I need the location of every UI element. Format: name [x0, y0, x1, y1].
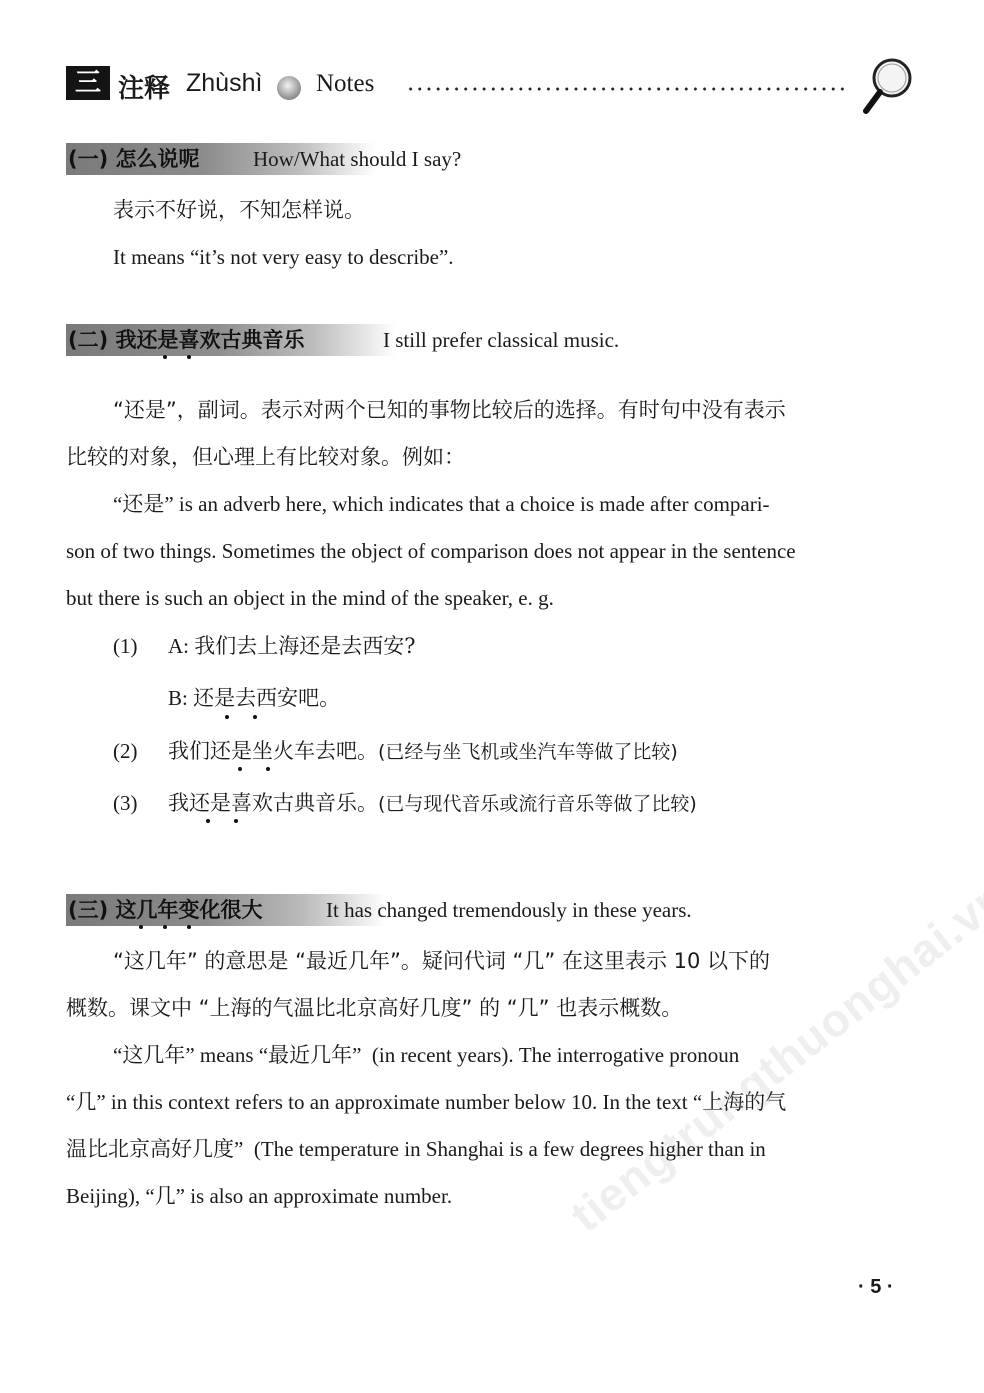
example-text: 我们去上海还是去西安? [194, 634, 415, 658]
section-2-banner: (二) 我还是喜欢古典音乐 I still prefer classical m… [66, 324, 706, 356]
header-title-pinyin: Zhùshì [186, 69, 262, 98]
example-number: (1) [113, 632, 168, 660]
section-number-badge: 三 [66, 66, 110, 100]
textbook-page: 三 注释 Zhùshì Notes (一) 怎么说呢 How/What shou… [0, 0, 984, 1393]
emphasis-dots [163, 355, 203, 361]
speaker-label: B: [168, 686, 188, 710]
section-3-title: 这几年变化很大 [116, 898, 263, 922]
example-text: 我还是喜欢古典音乐。 [168, 791, 378, 815]
section-3-title-en: It has changed tremendously in these yea… [326, 896, 692, 924]
section-3-title-cn: (三) 这几年变化很大 [68, 896, 263, 924]
section-2-paragraph-en-line-1: “还是” is an adverb here, which indicates … [113, 490, 918, 518]
section-3-paragraph-cn-line-2: 概数。课文中 “上海的气温比北京高好几度” 的 “几” 也表示概数。 [66, 994, 682, 1022]
section-2-title-cn: (二) 我还是喜欢古典音乐 [68, 326, 305, 354]
speaker-label: A: [168, 634, 189, 658]
section-2-label: (二) [68, 328, 108, 352]
example-2: (2)我们还是坐火车去吧。(已经与坐飞机或坐汽车等做了比较) [113, 737, 678, 766]
example-1a: (1)A: 我们去上海还是去西安? [113, 632, 416, 660]
example-number: (3) [113, 789, 168, 817]
section-2-paragraph-en-line-3: but there is such an object in the mind … [66, 584, 554, 612]
section-3-paragraph-en-line-1: “这几年” means “最近几年” (in recent years). Th… [113, 1041, 739, 1069]
section-1-label: (一) [68, 147, 108, 171]
example-number: (2) [113, 737, 168, 765]
example-1b: B: 还是去西安吧。 [168, 684, 340, 712]
section-1-title-cn: (一) 怎么说呢 [68, 145, 200, 173]
section-3-paragraph-en-line-4: Beijing), “几” is also an approximate num… [66, 1182, 452, 1210]
example-text: 还是去西安吧。 [193, 686, 340, 710]
example-text: 我们还是坐火车去吧。 [168, 739, 378, 763]
section-1-paragraph-cn: 表示不好说，不知怎样说。 [113, 196, 365, 224]
dotted-leader [406, 87, 844, 91]
header-title-en: Notes [316, 70, 374, 98]
section-3-paragraph-cn-line-1: “这几年” 的意思是 “最近几年”。疑问代词 “几” 在这里表示 10 以下的 [113, 947, 770, 975]
section-2-paragraph-cn-line-2: 比较的对象，但心理上有比较对象。例如： [66, 443, 465, 471]
section-2-title: 我还是喜欢古典音乐 [116, 328, 305, 352]
section-1-banner: (一) 怎么说呢 How/What should I say? [66, 143, 536, 175]
section-3-label: (三) [68, 898, 108, 922]
sphere-bullet-icon [277, 76, 301, 100]
section-1-title-en: How/What should I say? [253, 145, 461, 173]
emphasis-dots [206, 819, 246, 825]
section-2-paragraph-cn-line-1: “还是”，副词。表示对两个已知的事物比较后的选择。有时句中没有表示 [113, 396, 786, 424]
header-title-cn: 注释 [118, 68, 170, 105]
emphasis-dots [139, 925, 199, 931]
emphasis-dots [225, 715, 265, 721]
example-note: (已与现代音乐或流行音乐等做了比较) [378, 793, 697, 815]
section-1-title: 怎么说呢 [116, 147, 200, 171]
section-2-paragraph-en-line-2: son of two things. Sometimes the object … [66, 537, 796, 565]
section-2-title-en: I still prefer classical music. [383, 326, 619, 354]
section-1-paragraph-en: It means “it’s not very easy to describe… [113, 243, 454, 271]
emphasis-dots [238, 767, 278, 773]
example-3: (3)我还是喜欢古典音乐。(已与现代音乐或流行音乐等做了比较) [113, 789, 697, 818]
page-number: · 5 · [858, 1276, 894, 1299]
notes-header: 三 注释 Zhùshì Notes [66, 64, 926, 104]
example-note: (已经与坐飞机或坐汽车等做了比较) [378, 741, 678, 763]
magnifier-icon [856, 56, 916, 118]
section-3-banner: (三) 这几年变化很大 It has changed tremendously … [66, 894, 786, 926]
